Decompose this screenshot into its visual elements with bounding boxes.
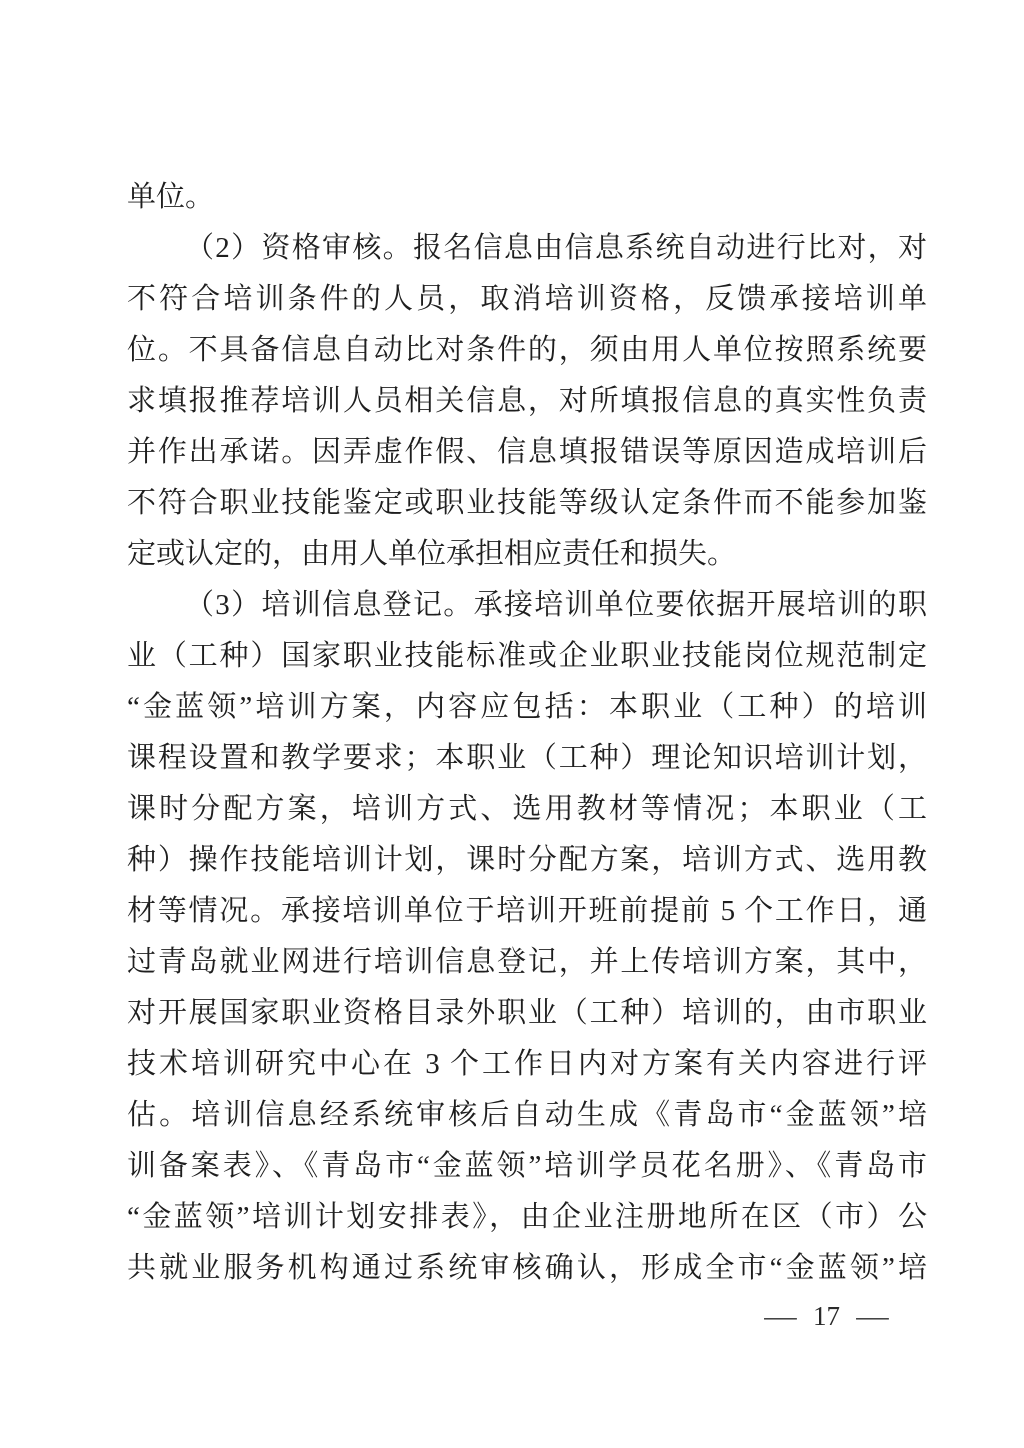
text-line: 定或认定的，由用人单位承担相应责任和损失。 xyxy=(127,529,927,580)
text-line: 共就业服务机构通过系统审核确认，形成全市“金蓝领”培 xyxy=(127,1243,927,1294)
text-line: 不符合培训条件的人员，取消培训资格，反馈承接培训单 xyxy=(127,274,927,325)
text-line: 训备案表》、《青岛市“金蓝领”培训学员花名册》、《青岛市 xyxy=(127,1141,927,1192)
text-line: 业（工种）国家职业技能标准或企业职业技能岗位规范制定 xyxy=(127,631,927,682)
text-line: 位。不具备信息自动比对条件的，须由用人单位按照系统要 xyxy=(127,325,927,376)
document-page: 单位。（2）资格审核。报名信息由信息系统自动进行比对，对不符合培训条件的人员，取… xyxy=(0,0,1024,1448)
text-line: （3）培训信息登记。承接培训单位要依据开展培训的职 xyxy=(127,580,927,631)
footer-dash-right: — xyxy=(856,1297,888,1335)
text-line: 技术培训研究中心在 3 个工作日内对方案有关内容进行评 xyxy=(127,1039,927,1090)
text-line: “金蓝领”培训计划安排表》，由企业注册地所在区（市）公 xyxy=(127,1192,927,1243)
text-line: 材等情况。承接培训单位于培训开班前提前 5 个工作日，通 xyxy=(127,886,927,937)
text-line: 对开展国家职业资格目录外职业（工种）培训的，由市职业 xyxy=(127,988,927,1039)
page-footer: — 17 — xyxy=(767,1297,886,1335)
text-line: 求填报推荐培训人员相关信息，对所填报信息的真实性负责 xyxy=(127,376,927,427)
text-line: “金蓝领”培训方案，内容应包括：本职业（工种）的培训 xyxy=(127,682,927,733)
page-number: 17 xyxy=(813,1297,840,1335)
text-line: 课时分配方案，培训方式、选用教材等情况；本职业（工 xyxy=(127,784,927,835)
text-line: 单位。 xyxy=(127,172,927,223)
text-line: （2）资格审核。报名信息由信息系统自动进行比对，对 xyxy=(127,223,927,274)
document-body: 单位。（2）资格审核。报名信息由信息系统自动进行比对，对不符合培训条件的人员，取… xyxy=(127,172,927,1294)
text-line: 过青岛就业网进行培训信息登记，并上传培训方案，其中， xyxy=(127,937,927,988)
footer-dash-left: — xyxy=(764,1297,796,1335)
text-line: 不符合职业技能鉴定或职业技能等级认定条件而不能参加鉴 xyxy=(127,478,927,529)
text-line: 估。培训信息经系统审核后自动生成《青岛市“金蓝领”培 xyxy=(127,1090,927,1141)
text-line: 并作出承诺。因弄虚作假、信息填报错误等原因造成培训后 xyxy=(127,427,927,478)
text-line: 课程设置和教学要求；本职业（工种）理论知识培训计划， xyxy=(127,733,927,784)
text-line: 种）操作技能培训计划，课时分配方案，培训方式、选用教 xyxy=(127,835,927,886)
